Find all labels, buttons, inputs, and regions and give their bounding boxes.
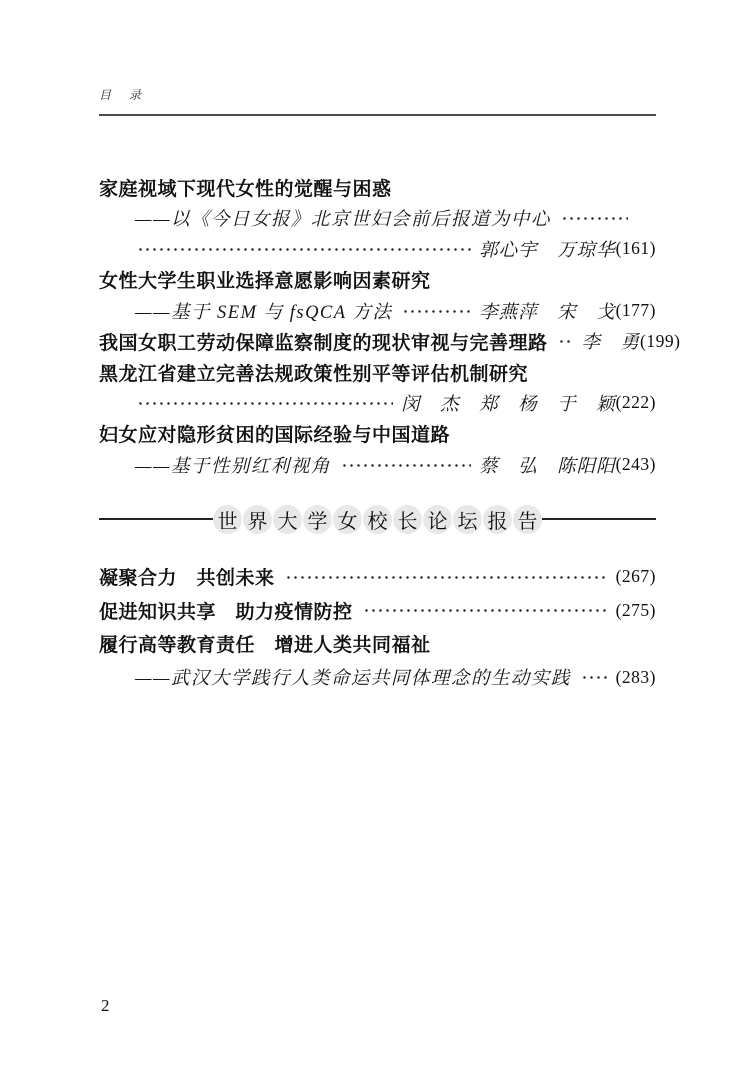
entry-subtitle-text: ——基于 SEM 与 fsQCA 方法: [135, 298, 392, 324]
footer-page-number: 2: [101, 996, 110, 1016]
divider-char: 界: [243, 505, 272, 534]
entry-authors: 蔡 弘 陈阳阳: [479, 452, 616, 478]
toc-entry-subtitle: ——武汉大学践行人类命运共同体理念的生动实践 (283): [99, 661, 656, 695]
entry-page-number: (161): [616, 238, 656, 259]
toc-entry-title: 我国女职工劳动保障监察制度的现状审视与完善理路 李 勇(199): [99, 326, 656, 357]
toc-entry-subtitle: ——以《今日女报》北京世妇会前后报道为中心: [99, 203, 656, 234]
toc-entry-subtitle: ——基于性别红利视角 蔡 弘 陈阳阳(243): [99, 449, 656, 480]
entry-title-text: 履行高等教育责任 增进人类共同福祉: [99, 630, 431, 657]
toc-entry-title: 妇女应对隐形贫困的国际经验与中国道路: [99, 418, 656, 449]
dot-leader: [556, 326, 574, 357]
entry-subtitle-text: ——基于性别红利视角: [135, 452, 331, 478]
divider-char: 论: [423, 505, 452, 534]
divider-char: 报: [483, 505, 512, 534]
entry-title-text: 女性大学生职业选择意愿影响因素研究: [99, 266, 431, 293]
dot-leader: [559, 203, 628, 234]
divider-char: 坛: [453, 505, 482, 534]
divider-line-right: [542, 518, 656, 520]
divider-char: 校: [363, 505, 392, 534]
entry-page-number: (243): [616, 454, 656, 475]
header-rule: [99, 114, 656, 116]
entry-subtitle-text: ——武汉大学践行人类命运共同体理念的生动实践: [135, 664, 571, 690]
entry-page-number: (222): [616, 392, 656, 413]
divider-char: 告: [513, 505, 542, 534]
toc-entry-title: 凝聚合力 共创未来 (267): [99, 560, 656, 594]
divider-char: 学: [303, 505, 332, 534]
toc-entry-subtitle: ——基于 SEM 与 fsQCA 方法 李燕萍 宋 戈(177): [99, 295, 656, 326]
entry-subtitle-text: ——以《今日女报》北京世妇会前后报道为中心: [135, 205, 551, 231]
section-divider: 世界大学女校长论坛报告: [99, 503, 656, 535]
entry-page-number: (267): [616, 566, 656, 587]
entry-title-text: 我国女职工劳动保障监察制度的现状审视与完善理路: [99, 328, 548, 355]
entry-title-text: 家庭视域下现代女性的觉醒与困惑: [99, 174, 392, 201]
entry-page-number: (177): [616, 300, 656, 321]
entry-authors: 李燕萍 宋 戈: [479, 298, 616, 324]
running-header-title: 目 录: [99, 86, 144, 103]
divider-char: 世: [213, 505, 242, 534]
dot-leader: [339, 449, 471, 480]
toc-section-forum-reports: 凝聚合力 共创未来 (267) 促进知识共享 助力疫情防控 (275) 履行高等…: [99, 560, 656, 694]
dot-leader: [283, 560, 608, 594]
toc-entry-title: 促进知识共享 助力疫情防控 (275): [99, 594, 656, 628]
divider-char: 大: [273, 505, 302, 534]
entry-page-number: (275): [616, 600, 656, 621]
section-divider-title: 世界大学女校长论坛报告: [213, 505, 542, 534]
toc-entry-title: 女性大学生职业选择意愿影响因素研究: [99, 264, 656, 295]
entry-page-number: (199): [640, 331, 680, 352]
toc-entry-authors-line: 郭心宇 万琼华(161): [99, 234, 656, 265]
toc-entry-title: 家庭视域下现代女性的觉醒与困惑: [99, 172, 656, 203]
entry-authors: 闵 杰 郑 杨 于 颖: [401, 390, 616, 416]
toc-entry-title: 黑龙江省建立完善法规政策性别平等评估机制研究: [99, 357, 656, 388]
toc-section-articles: 家庭视域下现代女性的觉醒与困惑 ——以《今日女报》北京世妇会前后报道为中心 郭心…: [99, 172, 656, 480]
divider-char: 长: [393, 505, 422, 534]
toc-entry-title: 履行高等教育责任 增进人类共同福祉: [99, 627, 656, 661]
toc-entry-authors-line: 闵 杰 郑 杨 于 颖(222): [99, 388, 656, 419]
entry-title-text: 凝聚合力 共创未来: [99, 563, 275, 590]
entry-title-text: 黑龙江省建立完善法规政策性别平等评估机制研究: [99, 359, 528, 386]
dot-leader: [579, 661, 608, 695]
divider-line-left: [99, 518, 213, 520]
dot-leader: [361, 594, 608, 628]
divider-char: 女: [333, 505, 362, 534]
entry-authors: 李 勇: [582, 328, 641, 354]
dot-leader: [135, 388, 393, 419]
entry-page-number: (283): [616, 667, 656, 688]
entry-authors: 郭心宇 万琼华: [479, 236, 616, 262]
entry-title-text: 促进知识共享 助力疫情防控: [99, 597, 353, 624]
dot-leader: [135, 234, 471, 265]
entry-title-text: 妇女应对隐形贫困的国际经验与中国道路: [99, 420, 450, 447]
dot-leader: [400, 295, 471, 326]
toc-page: 目 录 家庭视域下现代女性的觉醒与困惑 ——以《今日女报》北京世妇会前后报道为中…: [0, 0, 750, 1084]
